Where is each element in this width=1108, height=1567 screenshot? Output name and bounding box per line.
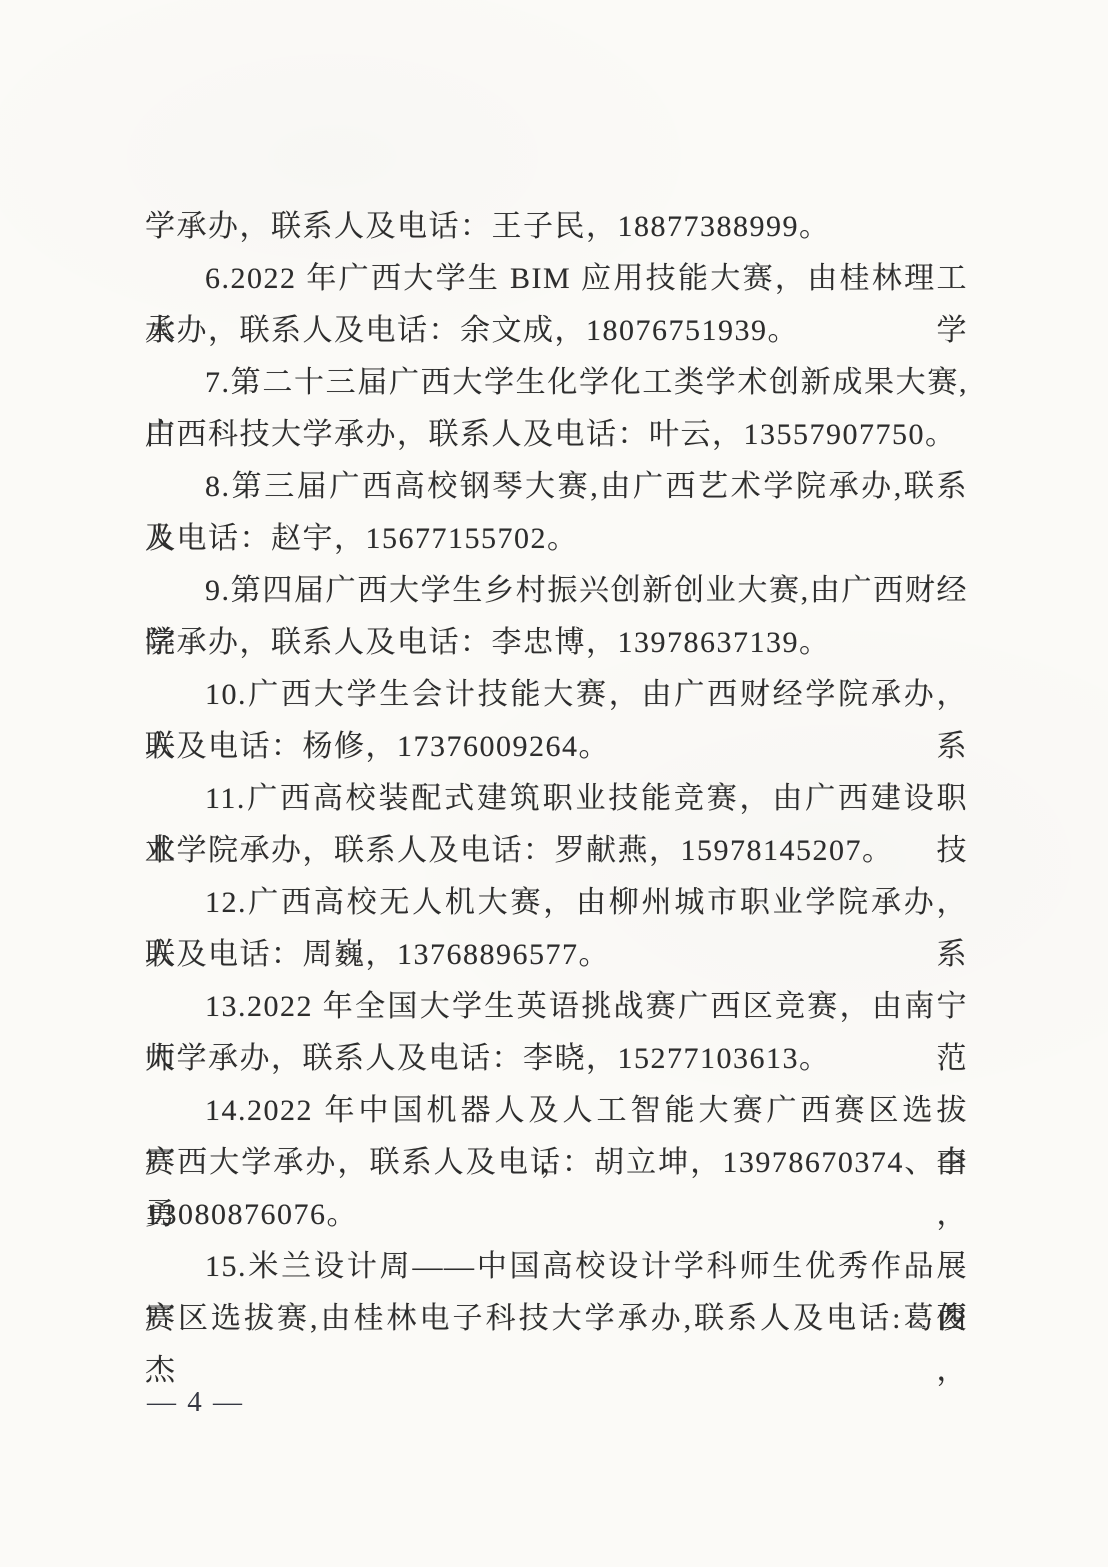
page-number: — 4 — xyxy=(147,1384,244,1420)
document-body: 学承办，联系人及电话：王子民，18877388999。 6.2022 年广西大学… xyxy=(145,201,968,1345)
document-line: 8.第三届广西高校钢琴大赛,由广西艺术学院承办,联系人 xyxy=(145,461,968,513)
document-line: 13.2022 年全国大学生英语挑战赛广西区竞赛，由南宁师范 xyxy=(145,981,968,1033)
document-page: 学承办，联系人及电话：王子民，18877388999。 6.2022 年广西大学… xyxy=(0,0,1108,1567)
document-line: 10.广西大学生会计技能大赛，由广西财经学院承办，联系 xyxy=(145,669,968,721)
document-line: 赛区选拔赛,由桂林电子科技大学承办,联系人及电话:葛俊杰， xyxy=(145,1293,968,1345)
document-line: 12.广西高校无人机大赛，由柳州城市职业学院承办，联系 xyxy=(145,877,968,929)
document-line: 7.第二十三届广西大学生化学化工类学术创新成果大赛,由 xyxy=(145,357,968,409)
document-line: 9.第四届广西大学生乡村振兴创新创业大赛,由广西财经学 xyxy=(145,565,968,617)
document-line: 术学院承办，联系人及电话：罗献燕，15978145207。 xyxy=(145,825,968,877)
document-line: 6.2022 年广西大学生 BIM 应用技能大赛，由桂林理工大学 xyxy=(145,253,968,305)
document-line: 14.2022 年中国机器人及人工智能大赛广西赛区选拔赛，由 xyxy=(145,1085,968,1137)
document-line: 广西科技大学承办，联系人及电话：叶云，13557907750。 xyxy=(145,409,968,461)
document-line: 广西大学承办，联系人及电话：胡立坤，13978670374、李勇， xyxy=(145,1137,968,1189)
document-line: 院承办，联系人及电话：李忠博，13978637139。 xyxy=(145,617,968,669)
document-line: 11.广西高校装配式建筑职业技能竞赛，由广西建设职业技 xyxy=(145,773,968,825)
document-line: 15.米兰设计周——中国高校设计学科师生优秀作品展广西 xyxy=(145,1241,968,1293)
document-line: 学承办，联系人及电话：王子民，18877388999。 xyxy=(145,201,968,253)
document-line: 及电话：赵宇，15677155702。 xyxy=(145,513,968,565)
